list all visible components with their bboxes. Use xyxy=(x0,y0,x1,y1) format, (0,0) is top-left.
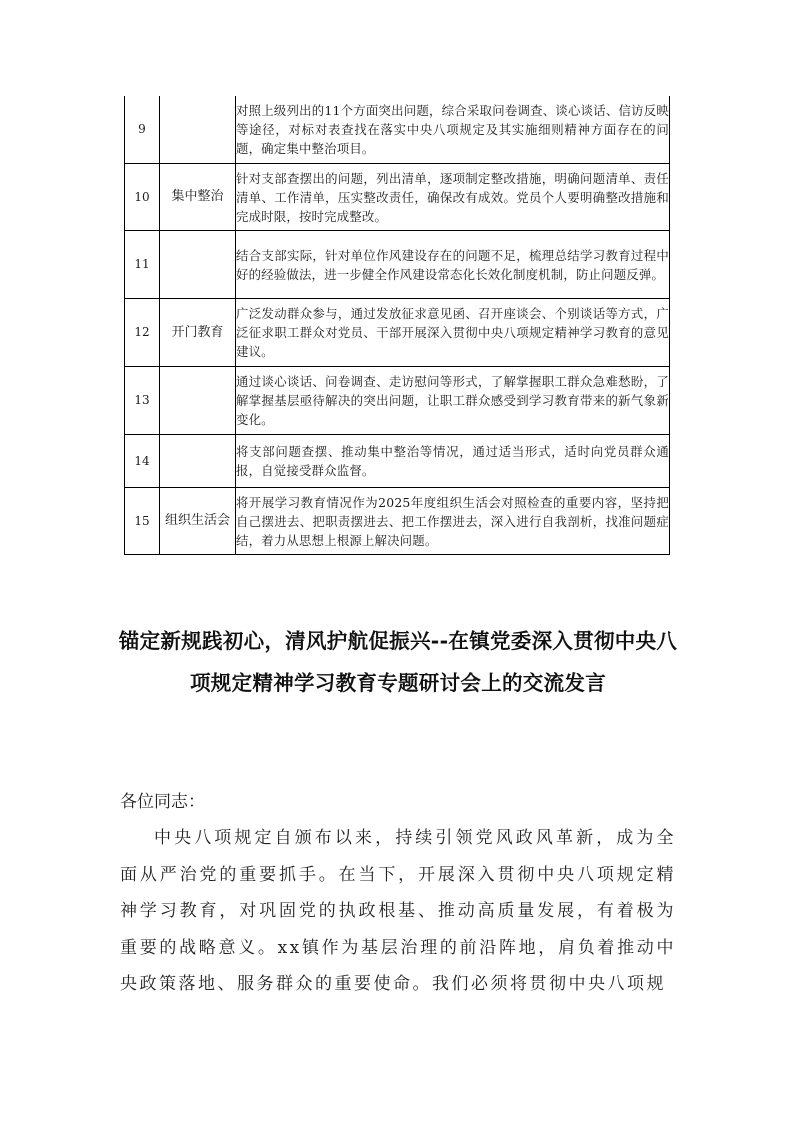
row-number: 10 xyxy=(125,164,160,231)
table-row: 15 组织生活会 将开展学习教育情况作为2025年度组织生活会对照检查的重要内容… xyxy=(125,488,670,555)
article-title: 锚定新规践初心，清风护航促振兴--在镇党委深入贯彻中央八项规定精神学习教育专题研… xyxy=(118,620,678,704)
table-row: 9 对照上级列出的11个方面突出问题，综合采取问卷调查、谈心谈话、信访反映等途径… xyxy=(125,96,670,164)
row-description: 针对支部查摆出的问题，列出清单，逐项制定整改措施，明确问题清单、责任清单、工作清… xyxy=(236,164,670,231)
table-row: 14 将支部问题查摆、推动集中整治等情况，通过适当形式，适时向党员群众通报，自觉… xyxy=(125,435,670,488)
row-number: 12 xyxy=(125,299,160,367)
row-category xyxy=(160,96,236,164)
salutation: 各位同志： xyxy=(120,789,205,815)
table-row: 11 结合支部实际，针对单位作风建设存在的问题不足，梳理总结学习教育过程中好的经… xyxy=(125,231,670,299)
row-number: 15 xyxy=(125,488,160,555)
table-row: 13 通过谈心谈话、问卷调查、走访慰问等形式，了解掌握职工群众急难愁盼，了解掌握… xyxy=(125,367,670,435)
row-description: 结合支部实际，针对单位作风建设存在的问题不足，梳理总结学习教育过程中好的经验做法… xyxy=(236,231,670,299)
row-category xyxy=(160,231,236,299)
row-description: 对照上级列出的11个方面突出问题，综合采取问卷调查、谈心谈话、信访反映等途径，对… xyxy=(236,96,670,164)
row-number: 14 xyxy=(125,435,160,488)
row-description: 广泛发动群众参与，通过发放征求意见函、召开座谈会、个别谈话等方式，广泛征求职工群… xyxy=(236,299,670,367)
row-description: 将开展学习教育情况作为2025年度组织生活会对照检查的重要内容，坚持把自己摆进去… xyxy=(236,488,670,555)
row-category xyxy=(160,367,236,435)
row-category: 开门教育 xyxy=(160,299,236,367)
row-number: 13 xyxy=(125,367,160,435)
table-row: 12 开门教育 广泛发动群众参与，通过发放征求意见函、召开座谈会、个别谈话等方式… xyxy=(125,299,670,367)
work-plan-table: 9 对照上级列出的11个方面突出问题，综合采取问卷调查、谈心谈话、信访反映等途径… xyxy=(124,96,670,555)
row-category: 集中整治 xyxy=(160,164,236,231)
row-number: 11 xyxy=(125,231,160,299)
body-paragraph: 中央八项规定自颁布以来，持续引领党风政风革新，成为全面从严治党的重要抓手。在当下… xyxy=(120,820,676,1003)
document-page: 9 对照上级列出的11个方面突出问题，综合采取问卷调查、谈心谈话、信访反映等途径… xyxy=(0,0,794,1122)
row-category: 组织生活会 xyxy=(160,488,236,555)
row-description: 通过谈心谈话、问卷调查、走访慰问等形式，了解掌握职工群众急难愁盼，了解掌握基层亟… xyxy=(236,367,670,435)
row-description: 将支部问题查摆、推动集中整治等情况，通过适当形式，适时向党员群众通报，自觉接受群… xyxy=(236,435,670,488)
row-number: 9 xyxy=(125,96,160,164)
table-row: 10 集中整治 针对支部查摆出的问题，列出清单，逐项制定整改措施，明确问题清单、… xyxy=(125,164,670,231)
row-category xyxy=(160,435,236,488)
